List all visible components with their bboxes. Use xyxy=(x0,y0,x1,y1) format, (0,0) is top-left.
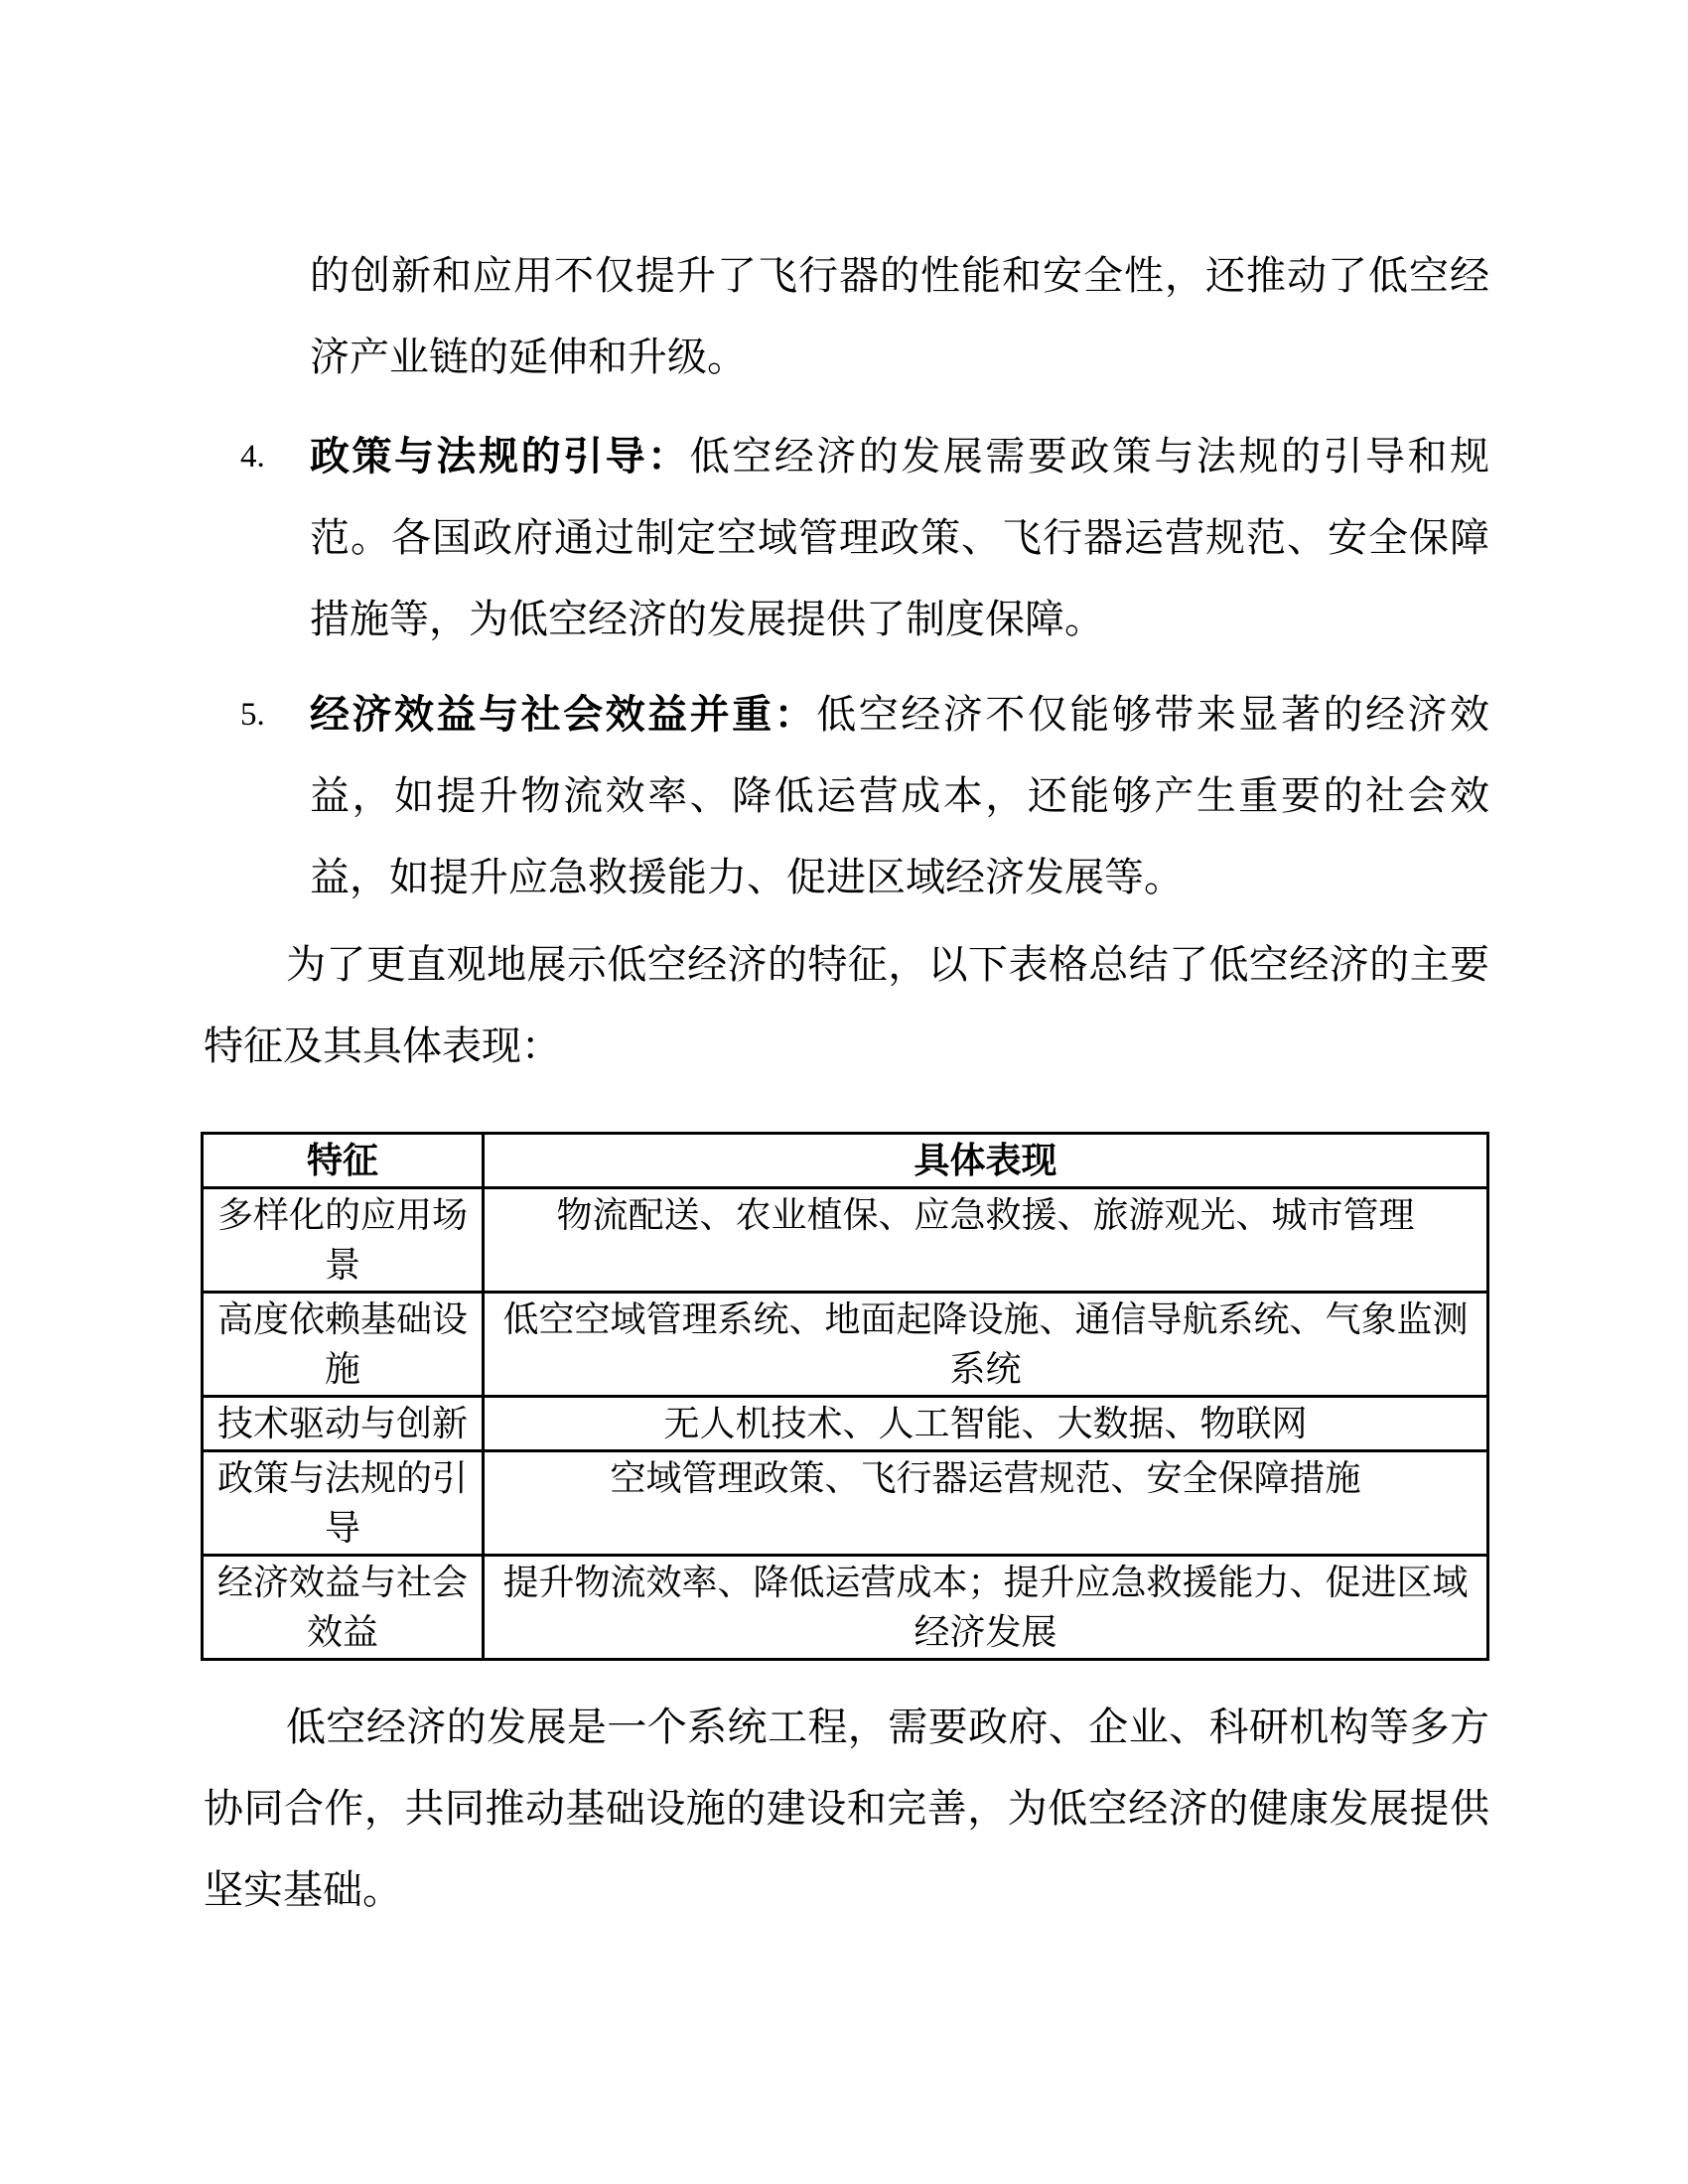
table-row: 技术驱动与创新 无人机技术、人工智能、大数据、物联网 xyxy=(203,1397,1488,1451)
detail-cell: 低空空域管理系统、地面起降设施、通信导航系统、气象监测系统 xyxy=(484,1293,1488,1397)
list-number-5: 5. xyxy=(240,674,300,755)
list-number-4: 4. xyxy=(240,416,300,497)
paragraph-continuation: 的创新和应用不仅提升了飞行器的性能和安全性，还推动了低空经济产业链的延伸和升级。 xyxy=(310,235,1489,398)
table-row: 政策与法规的引导 空域管理政策、飞行器运营规范、安全保障措施 xyxy=(203,1451,1488,1556)
feature-cell: 经济效益与社会效益 xyxy=(203,1556,484,1660)
table-row: 经济效益与社会效益 提升物流效率、降低运营成本；提升应急救援能力、促进区域经济发… xyxy=(203,1556,1488,1660)
table-header-detail: 具体表现 xyxy=(484,1134,1488,1188)
detail-cell: 提升物流效率、降低运营成本；提升应急救援能力、促进区域经济发展 xyxy=(484,1556,1488,1660)
list-item-4-heading: 政策与法规的引导： xyxy=(310,434,690,478)
features-table: 特征 具体表现 多样化的应用场景 物流配送、农业植保、应急救援、旅游观光、城市管… xyxy=(201,1132,1489,1661)
document-page: 的创新和应用不仅提升了飞行器的性能和安全性，还推动了低空经济产业链的延伸和升级。… xyxy=(0,0,1688,2184)
feature-cell: 技术驱动与创新 xyxy=(203,1397,484,1451)
feature-cell: 多样化的应用场景 xyxy=(203,1188,484,1293)
table-header-row: 特征 具体表现 xyxy=(203,1134,1488,1188)
detail-cell: 物流配送、农业植保、应急救援、旅游观光、城市管理 xyxy=(484,1188,1488,1293)
feature-cell: 政策与法规的引导 xyxy=(203,1451,484,1556)
features-table-body: 多样化的应用场景 物流配送、农业植保、应急救援、旅游观光、城市管理 高度依赖基础… xyxy=(203,1188,1488,1660)
feature-cell: 高度依赖基础设施 xyxy=(203,1293,484,1397)
detail-cell: 无人机技术、人工智能、大数据、物联网 xyxy=(484,1397,1488,1451)
paragraph-closing: 低空经济的发展是一个系统工程，需要政府、企业、科研机构等多方协同合作，共同推动基… xyxy=(204,1687,1489,1931)
list-item-5: 5.经济效益与社会效益并重：低空经济不仅能够带来显著的经济效益，如提升物流效率、… xyxy=(310,674,1489,918)
list-item-5-heading: 经济效益与社会效益并重： xyxy=(310,692,816,737)
list-item-4: 4.政策与法规的引导：低空经济的发展需要政策与法规的引导和规范。各国政府通过制定… xyxy=(310,416,1489,660)
features-table-header: 特征 具体表现 xyxy=(203,1134,1488,1188)
table-row: 高度依赖基础设施 低空空域管理系统、地面起降设施、通信导航系统、气象监测系统 xyxy=(203,1293,1488,1397)
table-row: 多样化的应用场景 物流配送、农业植保、应急救援、旅游观光、城市管理 xyxy=(203,1188,1488,1293)
detail-cell: 空域管理政策、飞行器运营规范、安全保障措施 xyxy=(484,1451,1488,1556)
paragraph-table-intro: 为了更直观地展示低空经济的特征，以下表格总结了低空经济的主要特征及其具体表现： xyxy=(204,924,1489,1087)
table-header-feature: 特征 xyxy=(203,1134,484,1188)
